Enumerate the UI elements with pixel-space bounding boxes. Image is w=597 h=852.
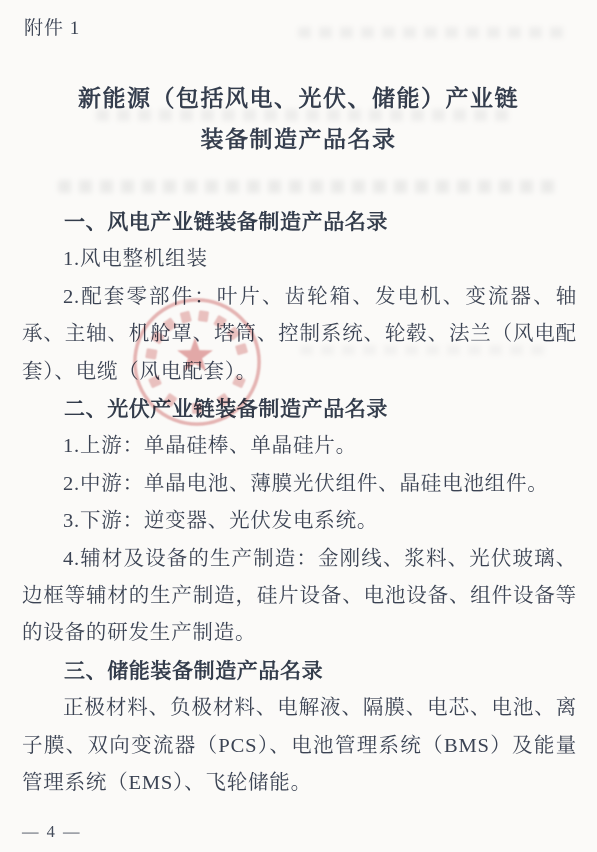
document-title: 新能源（包括风电、光伏、储能）产业链 装备制造产品名录 [0,78,597,160]
bleed-through-artifact [58,180,558,193]
attachment-label: 附件 1 [24,13,80,40]
section-heading-wind: 一、风电产业链装备制造产品名录 [22,204,577,241]
paragraph: 正极材料、负极材料、电解液、隔膜、电芯、电池、离子膜、双向变流器（PCS）、电池… [22,690,577,802]
document-body: 一、风电产业链装备制造产品名录 1.风电整机组装 2.配套零部件：叶片、齿轮箱、… [22,204,577,803]
paragraph: 4.辅材及设备的生产制造：金刚线、浆料、光伏玻璃、边框等辅材的生产制造，硅片设备… [22,541,577,653]
section-heading-energy-storage: 三、储能装备制造产品名录 [22,653,577,690]
bleed-through-artifact [298,27,566,38]
paragraph: 1.风电整机组装 [22,241,577,278]
paragraph: 3.下游：逆变器、光伏发电系统。 [22,503,577,540]
section-heading-photovoltaic: 二、光伏产业链装备制造产品名录 [22,391,577,428]
paragraph: 1.上游：单晶硅棒、单晶硅片。 [22,428,577,465]
paragraph: 2.中游：单晶电池、薄膜光伏组件、晶硅电池组件。 [22,466,577,503]
title-line-2: 装备制造产品名录 [0,119,597,160]
document-page: 附件 1 新能源（包括风电、光伏、储能）产业链 装备制造产品名录 一、风电产业链… [0,0,597,852]
paragraph: 2.配套零部件：叶片、齿轮箱、发电机、变流器、轴承、主轴、机舱罩、塔筒、控制系统… [22,279,577,391]
title-line-1: 新能源（包括风电、光伏、储能）产业链 [0,78,597,119]
page-number: — 4 — [22,822,82,842]
